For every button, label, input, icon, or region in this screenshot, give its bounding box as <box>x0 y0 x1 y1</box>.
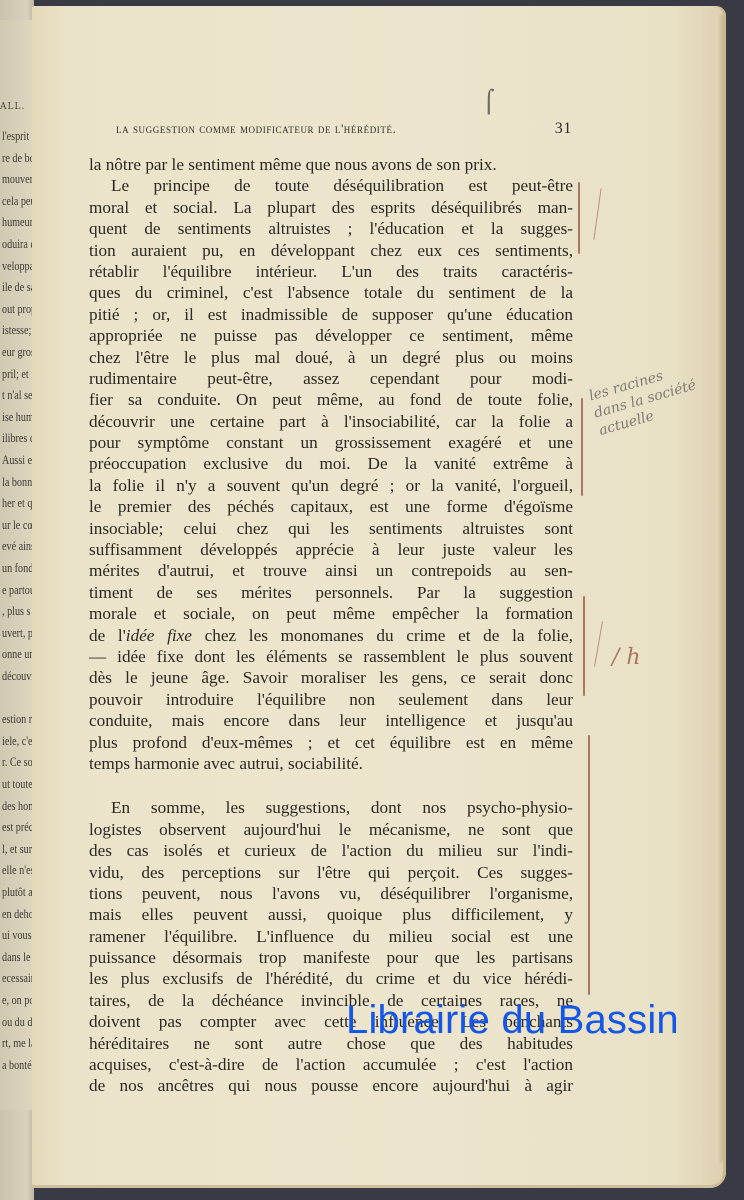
running-head: LA SUGGESTION COMME MODIFICATEUR DE L'HÉ… <box>116 122 572 140</box>
text-line: morale et sociale, on peut même empêcher… <box>89 603 573 624</box>
facing-page-line: t n'al ser <box>2 387 36 403</box>
text-line: suffisamment développés apprécie à leur … <box>89 539 573 560</box>
paragraph-gap <box>89 774 573 797</box>
italic-term: idée fixe <box>126 626 192 645</box>
text-line: moral et social. La plupart des esprits … <box>89 197 573 218</box>
text-line: vidu, des perceptions sur l'être qui per… <box>89 862 573 883</box>
text-line: mais elles peuvent aussi, quoique plus d… <box>89 904 573 925</box>
margin-line-mark <box>583 596 585 696</box>
facing-page-line: un fond <box>2 560 33 576</box>
text-line: mérites d'autrui, et trouve ainsi un con… <box>89 560 573 581</box>
text-line: la folie il n'y a souvent qu'un degré ; … <box>89 475 573 496</box>
facing-page-line: l, et sur <box>2 841 32 857</box>
text-line: de l'idée fixe chez les monomanes du cri… <box>89 625 573 646</box>
page-edge <box>716 14 724 1164</box>
text-line: de nos ancêtres qui nous pousse encore a… <box>89 1075 573 1096</box>
text-line: ques du criminel, c'est l'absence totale… <box>89 282 573 303</box>
text-line: ramener l'équilibre. L'influence du mili… <box>89 926 573 947</box>
text-line: temps harmonie avec autrui, sociabilité. <box>89 753 573 774</box>
facing-page-line: ui vous <box>2 927 32 943</box>
handwritten-margin-mark: / h <box>612 645 641 670</box>
text-line: — idée fixe dont les éléments se rassemb… <box>89 646 573 667</box>
text-line: les plus exclusifs de l'hérédité, du cri… <box>89 968 573 989</box>
facing-page-line: ile de sa <box>2 279 35 295</box>
facing-page-line: out prop <box>2 301 36 317</box>
text-line: pitié ; or, il est inadmissible de suppo… <box>89 304 573 325</box>
facing-page-line: humeur, <box>2 214 35 230</box>
watermark: Librairie du Bassin <box>346 998 679 1043</box>
text-line: préoccupation exclusive du moi. De la va… <box>89 453 573 474</box>
text-line: logistes observent aujourd'hui le mécani… <box>89 819 573 840</box>
text-line: rétablir l'équilibre intérieur. L'un des… <box>89 261 573 282</box>
facing-page-running-head: ALL. <box>0 102 25 112</box>
text-line: appropriée ne puisse pas développer ce s… <box>89 325 573 346</box>
facing-page-line: e, on po <box>2 992 34 1008</box>
margin-line-mark <box>578 182 580 254</box>
text-line: rudimentaire peut-être, assez cependant … <box>89 368 573 389</box>
text-line: pour symptôme constant un grossissement … <box>89 432 573 453</box>
page-number: 31 <box>555 120 572 138</box>
body-text: la nôtre par le sentiment même que nous … <box>89 154 573 1097</box>
text-line: fier sa conduite. On peut même, au fond … <box>89 389 573 410</box>
text-line: En somme, les suggestions, dont nos psyc… <box>89 797 573 818</box>
text-line: plus profond d'eux-mêmes ; et cet équili… <box>89 732 573 753</box>
text-line: Le principe de toute déséquilibration es… <box>89 175 573 196</box>
margin-line-mark <box>581 398 583 496</box>
facing-page-line: , plus s <box>2 603 30 619</box>
margin-line-mark <box>588 735 590 995</box>
text-line: pouvoir introduire l'équilibre non seule… <box>89 689 573 710</box>
text-line: conduite, mais encore dans leur intellig… <box>89 710 573 731</box>
text-line: dès le jeune âge. Savoir moraliser les g… <box>89 667 573 688</box>
text-line: chez l'être le plus mal doué, à un degré… <box>89 347 573 368</box>
text-line: découvrir une certaine part à l'insociab… <box>89 411 573 432</box>
text-line: la nôtre par le sentiment même que nous … <box>89 154 573 175</box>
text-line: timent de ses mérites personnels. Par la… <box>89 582 573 603</box>
text-line: le premier des péchés capitaux, est une … <box>89 496 573 517</box>
text-line: tion auraient pu, en développant chez eu… <box>89 240 573 261</box>
text-line: des cas isolés et curieux de l'action du… <box>89 840 573 861</box>
running-head-title: LA SUGGESTION COMME MODIFICATEUR DE L'HÉ… <box>116 122 396 140</box>
pencil-mark: ⌠ <box>483 90 494 115</box>
text-line: insociable; celui chez qui les sentiment… <box>89 518 573 539</box>
text-line: tions peuvent, nous l'avons vu, déséquil… <box>89 883 573 904</box>
text-line: acquises, c'est-à-dire de l'action accum… <box>89 1054 573 1075</box>
facing-page-line: eur gros <box>2 344 35 360</box>
text-line: quent de sentiments altruistes ; l'éduca… <box>89 218 573 239</box>
text-line: puissance désormais trop manifeste pour … <box>89 947 573 968</box>
facing-page-line: rt, me la <box>2 1035 36 1051</box>
facing-page-line: dans le <box>2 949 30 965</box>
